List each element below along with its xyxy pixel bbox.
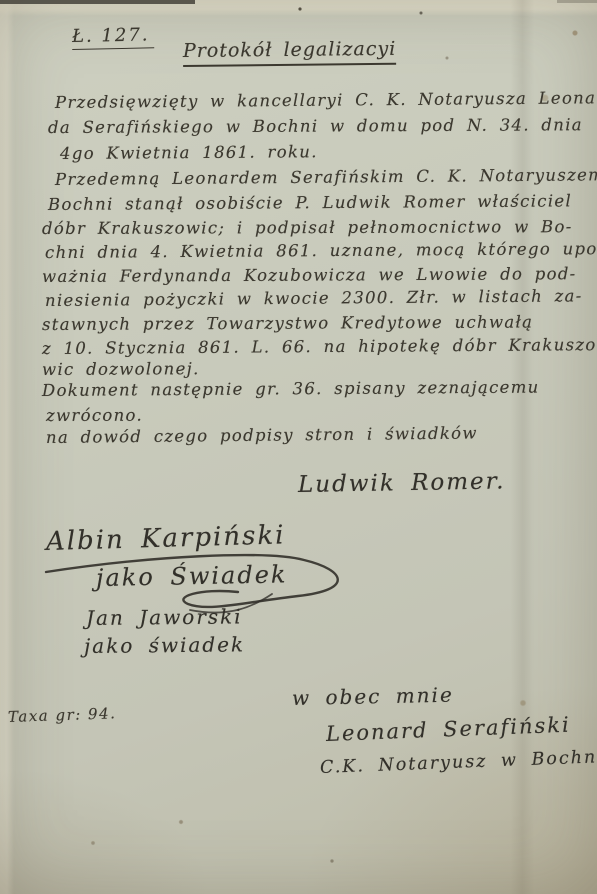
manuscript-line: ważnia Ferdynanda Kozubowicza we Lwowie … [42,264,577,286]
signature-witness1-role: jako Świadek [96,560,288,592]
ref-number: Ł. 127. [72,24,154,50]
manuscript-line: z 10. Stycznia 861. L. 66. na hipotekę d… [42,335,597,358]
fee-note: Taxa gr: 94. [8,704,117,726]
signature-witness1-name: Albin Karpiński [46,520,286,557]
manuscript-line: Dokument następnie gr. 36. spisany zezna… [42,378,540,400]
manuscript-line: chni dnia 4. Kwietnia 861. uznane, mocą … [45,239,597,262]
signature-witness2-role: jako świadek [84,632,245,658]
signature-witness2-name: Jan Jaworski [86,604,243,630]
manuscript-line: dóbr Krakuszowic; i podpisał pełnomocnic… [42,217,573,238]
presence-note: w obec mnie [292,683,454,710]
manuscript-line: Bochni stanął osobiście P. Ludwik Romer … [48,191,572,214]
document-title: Protokół legalizacyi [183,38,397,67]
manuscript-line: da Serafińskiego w Bochni w domu pod N. … [48,115,583,137]
manuscript-line: niesienia pożyczki w kwocie 2300. Złr. w… [45,286,583,310]
signature-notary-name: Leonard Serafiński [326,713,572,746]
manuscript-line: Przedemną Leonardem Serafińskim C. K. No… [55,165,597,189]
manuscript-line: Przedsięwzięty w kancellaryi C. K. Notar… [55,88,597,112]
page-edge-shadow-right [557,0,597,3]
manuscript-line: 4go Kwietnia 1861. roku. [60,142,318,163]
manuscript-line: na dowód czego podpisy stron i świadków [46,423,478,447]
manuscript-page: Ł. 127. Protokół legalizacyi Przedsięwzi… [0,0,597,894]
page-edge-shadow [0,0,195,4]
manuscript-line: wic dozwolonej. [42,359,200,379]
manuscript-line: zwrócono. [46,406,143,425]
signature-notary-title: C.K. Notaryusz w Bochni [320,747,597,778]
manuscript-line: stawnych przez Towarzystwo Kredytowe uch… [42,312,533,334]
signature-principal: Ludwik Romer. [298,468,506,498]
